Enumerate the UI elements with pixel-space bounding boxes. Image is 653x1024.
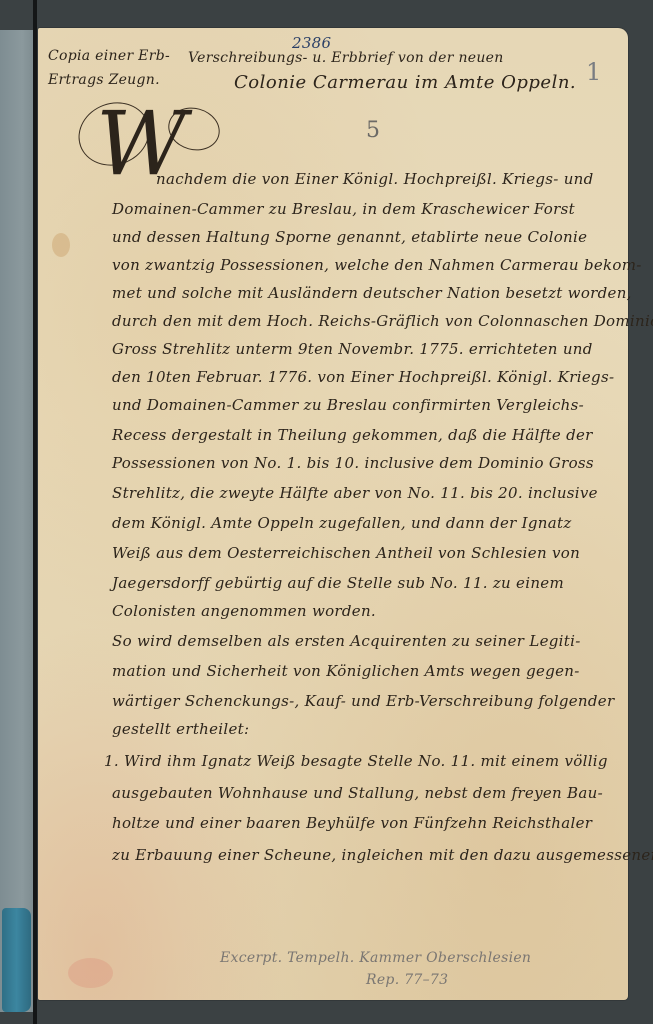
body-line: Colonisten angenommen worden. bbox=[112, 602, 376, 620]
manuscript-page: 2386 1 5 Copia einer Erb- Ertrags Zeugn.… bbox=[38, 28, 628, 1000]
margin-note-line: Ertrags Zeugn. bbox=[48, 72, 160, 88]
body-line: Domainen-Cammer zu Breslau, in dem Krasc… bbox=[112, 200, 575, 218]
body-line: nachdem die von Einer Königl. Hochpreißl… bbox=[156, 170, 594, 188]
body-line: Weiß aus dem Oesterreichischen Antheil v… bbox=[112, 544, 580, 562]
body-line: Strehlitz, die zweyte Hälfte aber von No… bbox=[112, 484, 598, 502]
body-line: und dessen Haltung Sporne genannt, etabl… bbox=[112, 228, 587, 246]
folder-tab bbox=[2, 908, 31, 1012]
bottom-pencil-note: Rep. 77–73 bbox=[366, 972, 448, 988]
body-line: von zwantzig Possessionen, welche den Na… bbox=[112, 256, 642, 274]
body-line: Jaegersdorff gebürtig auf die Stelle sub… bbox=[112, 574, 564, 592]
body-line: Recess dergestalt in Theilung gekommen, … bbox=[112, 426, 593, 444]
paper-stain bbox=[68, 958, 113, 988]
body-line: zu Erbauung einer Scheune, ingleichen mi… bbox=[112, 846, 653, 864]
body-line: und Domainen-Cammer zu Breslau confirmir… bbox=[112, 396, 584, 414]
body-line: met und solche mit Ausländern deutscher … bbox=[112, 284, 632, 302]
body-line: ausgebauten Wohnhause und Stallung, nebs… bbox=[112, 784, 603, 802]
page-pencil-number: 5 bbox=[366, 118, 380, 143]
paper-stain bbox=[52, 233, 70, 257]
folio-number: 1 bbox=[586, 58, 602, 86]
folder-strip bbox=[0, 30, 37, 1012]
body-line: mation und Sicherheit von Königlichen Am… bbox=[112, 662, 580, 680]
heading-line: Verschreibungs- u. Erbbrief von der neue… bbox=[188, 50, 504, 66]
bottom-pencil-note: Excerpt. Tempelh. Kammer Oberschlesien bbox=[220, 950, 531, 966]
body-line: 1. Wird ihm Ignatz Weiß besagte Stelle N… bbox=[104, 752, 608, 770]
margin-note-line: Copia einer Erb- bbox=[48, 48, 170, 64]
body-line: dem Königl. Amte Oppeln zugefallen, und … bbox=[112, 514, 572, 532]
heading-line: Colonie Carmerau im Amte Oppeln. bbox=[234, 72, 576, 93]
body-line: durch den mit dem Hoch. Reichs-Gräflich … bbox=[112, 312, 653, 330]
body-line: holtze und einer baaren Beyhülfe von Fün… bbox=[112, 814, 592, 832]
body-line: den 10ten Februar. 1776. von Einer Hochp… bbox=[112, 368, 614, 386]
body-line: So wird demselben als ersten Acquirenten… bbox=[112, 632, 581, 650]
body-line: wärtiger Schenckungs-, Kauf- und Erb-Ver… bbox=[112, 692, 614, 710]
body-line: gestellt ertheilet: bbox=[112, 720, 249, 738]
folder-spine bbox=[33, 0, 37, 1024]
body-line: Gross Strehlitz unterm 9ten Novembr. 177… bbox=[112, 340, 593, 358]
body-line: Possessionen von No. 1. bis 10. inclusiv… bbox=[112, 454, 594, 472]
